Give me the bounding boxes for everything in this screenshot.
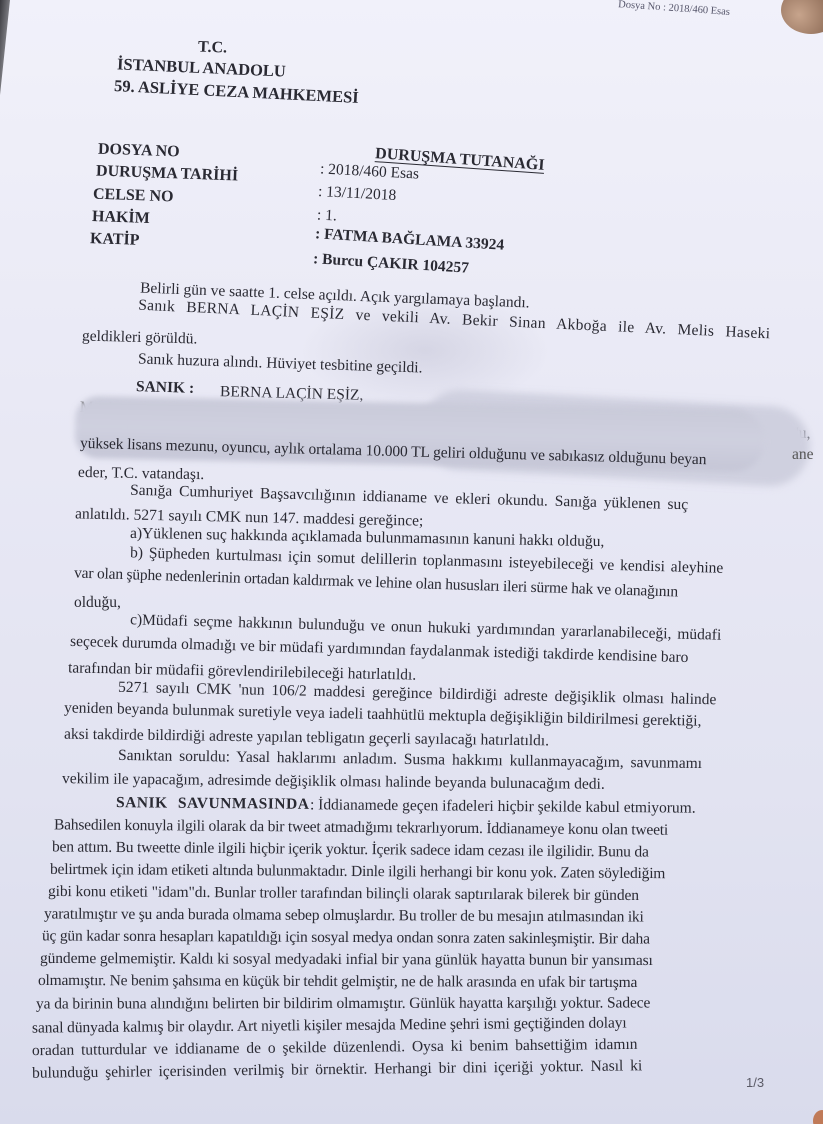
field-label-durusma-tarihi: DURUŞMA TARİHİ xyxy=(96,164,239,185)
court-line-1: T.C. xyxy=(198,39,228,56)
defendant-label: SANIK : xyxy=(136,379,195,396)
page-number: 1/3 xyxy=(746,1076,764,1089)
body-line: oradan tutturdular ve iddianame de o şek… xyxy=(32,1037,638,1059)
court-line-3: 59. ASLİYE CEZA MAHKEMESİ xyxy=(114,78,359,106)
body-line: Bahsedilen konuyla ilgili olarak da bir … xyxy=(54,817,668,838)
body-line: gündeme gelmemiştir. Kaldı ki sosyal med… xyxy=(40,951,653,969)
field-value-celse-no: : 1. xyxy=(317,207,338,224)
body-line-partial: ane xyxy=(792,447,814,463)
body-line: : İddianamede geçen ifadeleri hiçbir şek… xyxy=(310,797,696,816)
body-line: aksi takdirde bildirdiği adreste yapılan… xyxy=(64,727,549,749)
field-label-katip: KATİP xyxy=(90,231,140,249)
body-line: vekilim ile yapacağım, adresimde değişik… xyxy=(62,771,605,792)
body-line: olmamıştır. Ne benim şahsıma en küçük bi… xyxy=(38,973,637,991)
header-file-ref: Dosya No : 2018/460 Esas xyxy=(618,0,730,18)
field-value-hakim: : FATMA BAĞLAMA 33924 xyxy=(315,226,505,253)
body-line: geldikleri görüldü. xyxy=(82,328,198,347)
body-line: yaratılmıştır ve şu anda burada olmama s… xyxy=(44,906,644,925)
body-line: gibi konu etiketi "idam"dı. Bunlar troll… xyxy=(48,884,639,904)
field-value-dosya-no: : 2018/460 Esas xyxy=(320,161,420,182)
field-label-hakim: HAKİM xyxy=(92,209,150,227)
document-page: Dosya No : 2018/460 Esas T.C. İSTANBUL A… xyxy=(0,0,823,1124)
body-line: üç gün kadar sonra hesapları kapatıldığı… xyxy=(42,928,650,947)
body-line: Sanıktan soruldu: Yasal haklarımı anladı… xyxy=(118,748,702,772)
body-line: belirtmek için idam etiketi altında bulu… xyxy=(50,862,665,882)
body-line: olduğu, xyxy=(74,595,121,611)
body-line: bulunduğu şehirler içerisinden verilmiş … xyxy=(32,1058,642,1081)
body-line: ben attım. Bu tweette dinle ilgili hiçbi… xyxy=(52,839,649,860)
body-line: anlatıldı. 5271 sayılı CMK nun 147. madd… xyxy=(75,506,424,529)
table-edge xyxy=(0,0,10,120)
defense-heading: SANIK SAVUNMASINDA xyxy=(116,795,310,812)
field-value-durusma-tarihi: : 13/11/2018 xyxy=(318,184,397,204)
finger-top-right xyxy=(781,0,823,34)
field-value-katip: : Burcu ÇAKIR 104257 xyxy=(313,251,470,276)
body-line: eder, T.C. vatandaşı. xyxy=(78,465,204,483)
body-line: ya da birinin buna alındığını belirten b… xyxy=(36,995,650,1012)
field-label-celse-no: CELSE NO xyxy=(93,187,174,206)
finger-bottom-right xyxy=(813,1110,823,1124)
body-line: sanal dünyada kalmış bir olaydır. Art ni… xyxy=(32,1015,627,1036)
field-label-dosya-no: DOSYA NO xyxy=(98,142,180,161)
